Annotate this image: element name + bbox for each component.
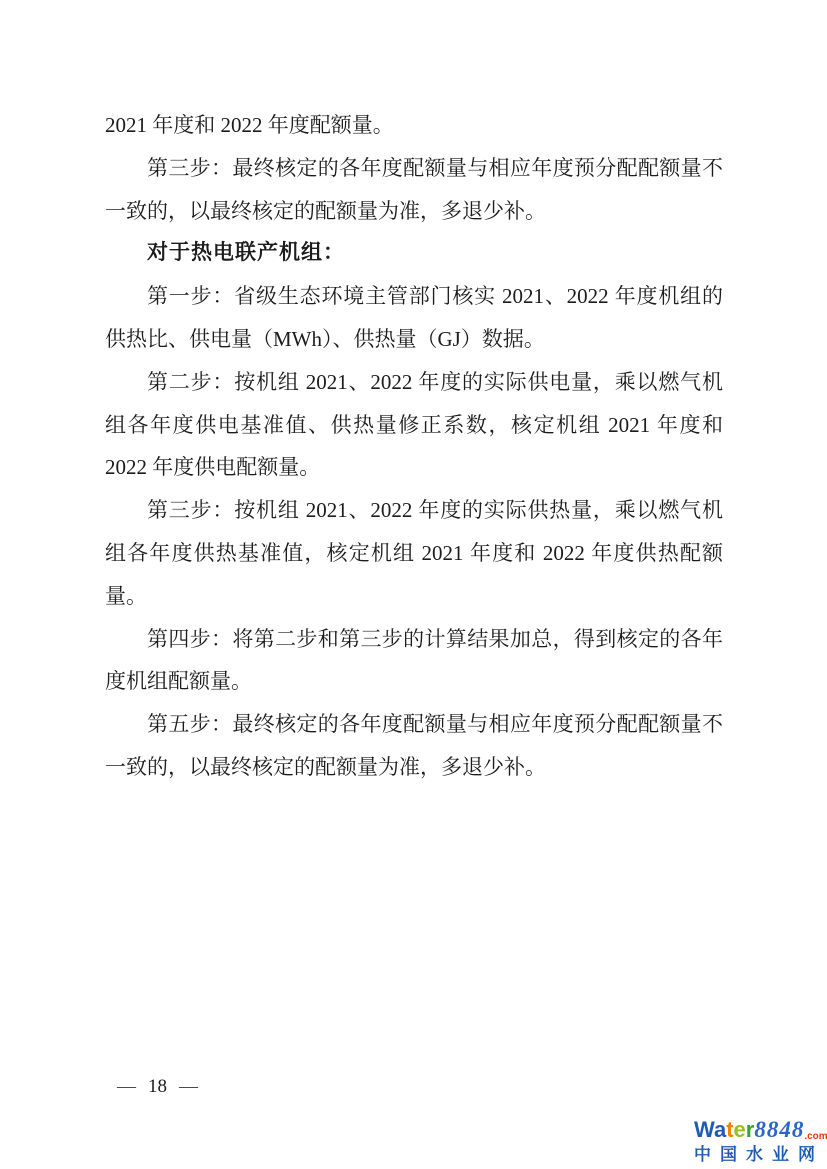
water8848-number: 8848 bbox=[754, 1118, 804, 1141]
page-footer: —18— bbox=[105, 1076, 210, 1098]
footer-dash-right: — bbox=[167, 1076, 210, 1097]
page-number: 18 bbox=[148, 1076, 167, 1097]
document-body: 2021 年度和 2022 年度配额量。第三步：最终核定的各年度配额量与相应年度… bbox=[105, 104, 723, 789]
site-name-chinese: 中国水业网 bbox=[694, 1146, 824, 1163]
brand-letter: Wa bbox=[694, 1117, 726, 1142]
brand-letter: e bbox=[734, 1117, 746, 1142]
water-text: Water bbox=[694, 1119, 754, 1141]
document-page: 2021 年度和 2022 年度配额量。第三步：最终核定的各年度配额量与相应年度… bbox=[0, 0, 827, 1169]
paragraph: 第三步：最终核定的各年度配额量与相应年度预分配配额量不一致的，以最终核定的配额量… bbox=[105, 147, 723, 233]
paragraph: 第三步：按机组 2021、2022 年度的实际供热量，乘以燃气机组各年度供热基准… bbox=[105, 489, 723, 617]
water8848-logo: Water8848.com 中国水业网 bbox=[694, 1118, 824, 1163]
paragraph: 第二步：按机组 2021、2022 年度的实际供电量，乘以燃气机组各年度供电基准… bbox=[105, 361, 723, 489]
brand-letter: t bbox=[726, 1117, 733, 1142]
water8848-wordmark: Water8848.com bbox=[694, 1118, 824, 1141]
paragraph: 第五步：最终核定的各年度配额量与相应年度预分配配额量不一致的，以最终核定的配额量… bbox=[105, 703, 723, 789]
water8848-tld: .com bbox=[804, 1132, 827, 1142]
footer-dash-left: — bbox=[105, 1076, 148, 1097]
section-heading: 对于热电联产机组： bbox=[105, 232, 723, 275]
paragraph: 第一步：省级生态环境主管部门核实 2021、2022 年度机组的供热比、供电量（… bbox=[105, 275, 723, 361]
paragraph: 第四步：将第二步和第三步的计算结果加总，得到核定的各年度机组配额量。 bbox=[105, 618, 723, 704]
paragraph: 2021 年度和 2022 年度配额量。 bbox=[105, 104, 723, 147]
brand-letter: r bbox=[746, 1117, 755, 1142]
